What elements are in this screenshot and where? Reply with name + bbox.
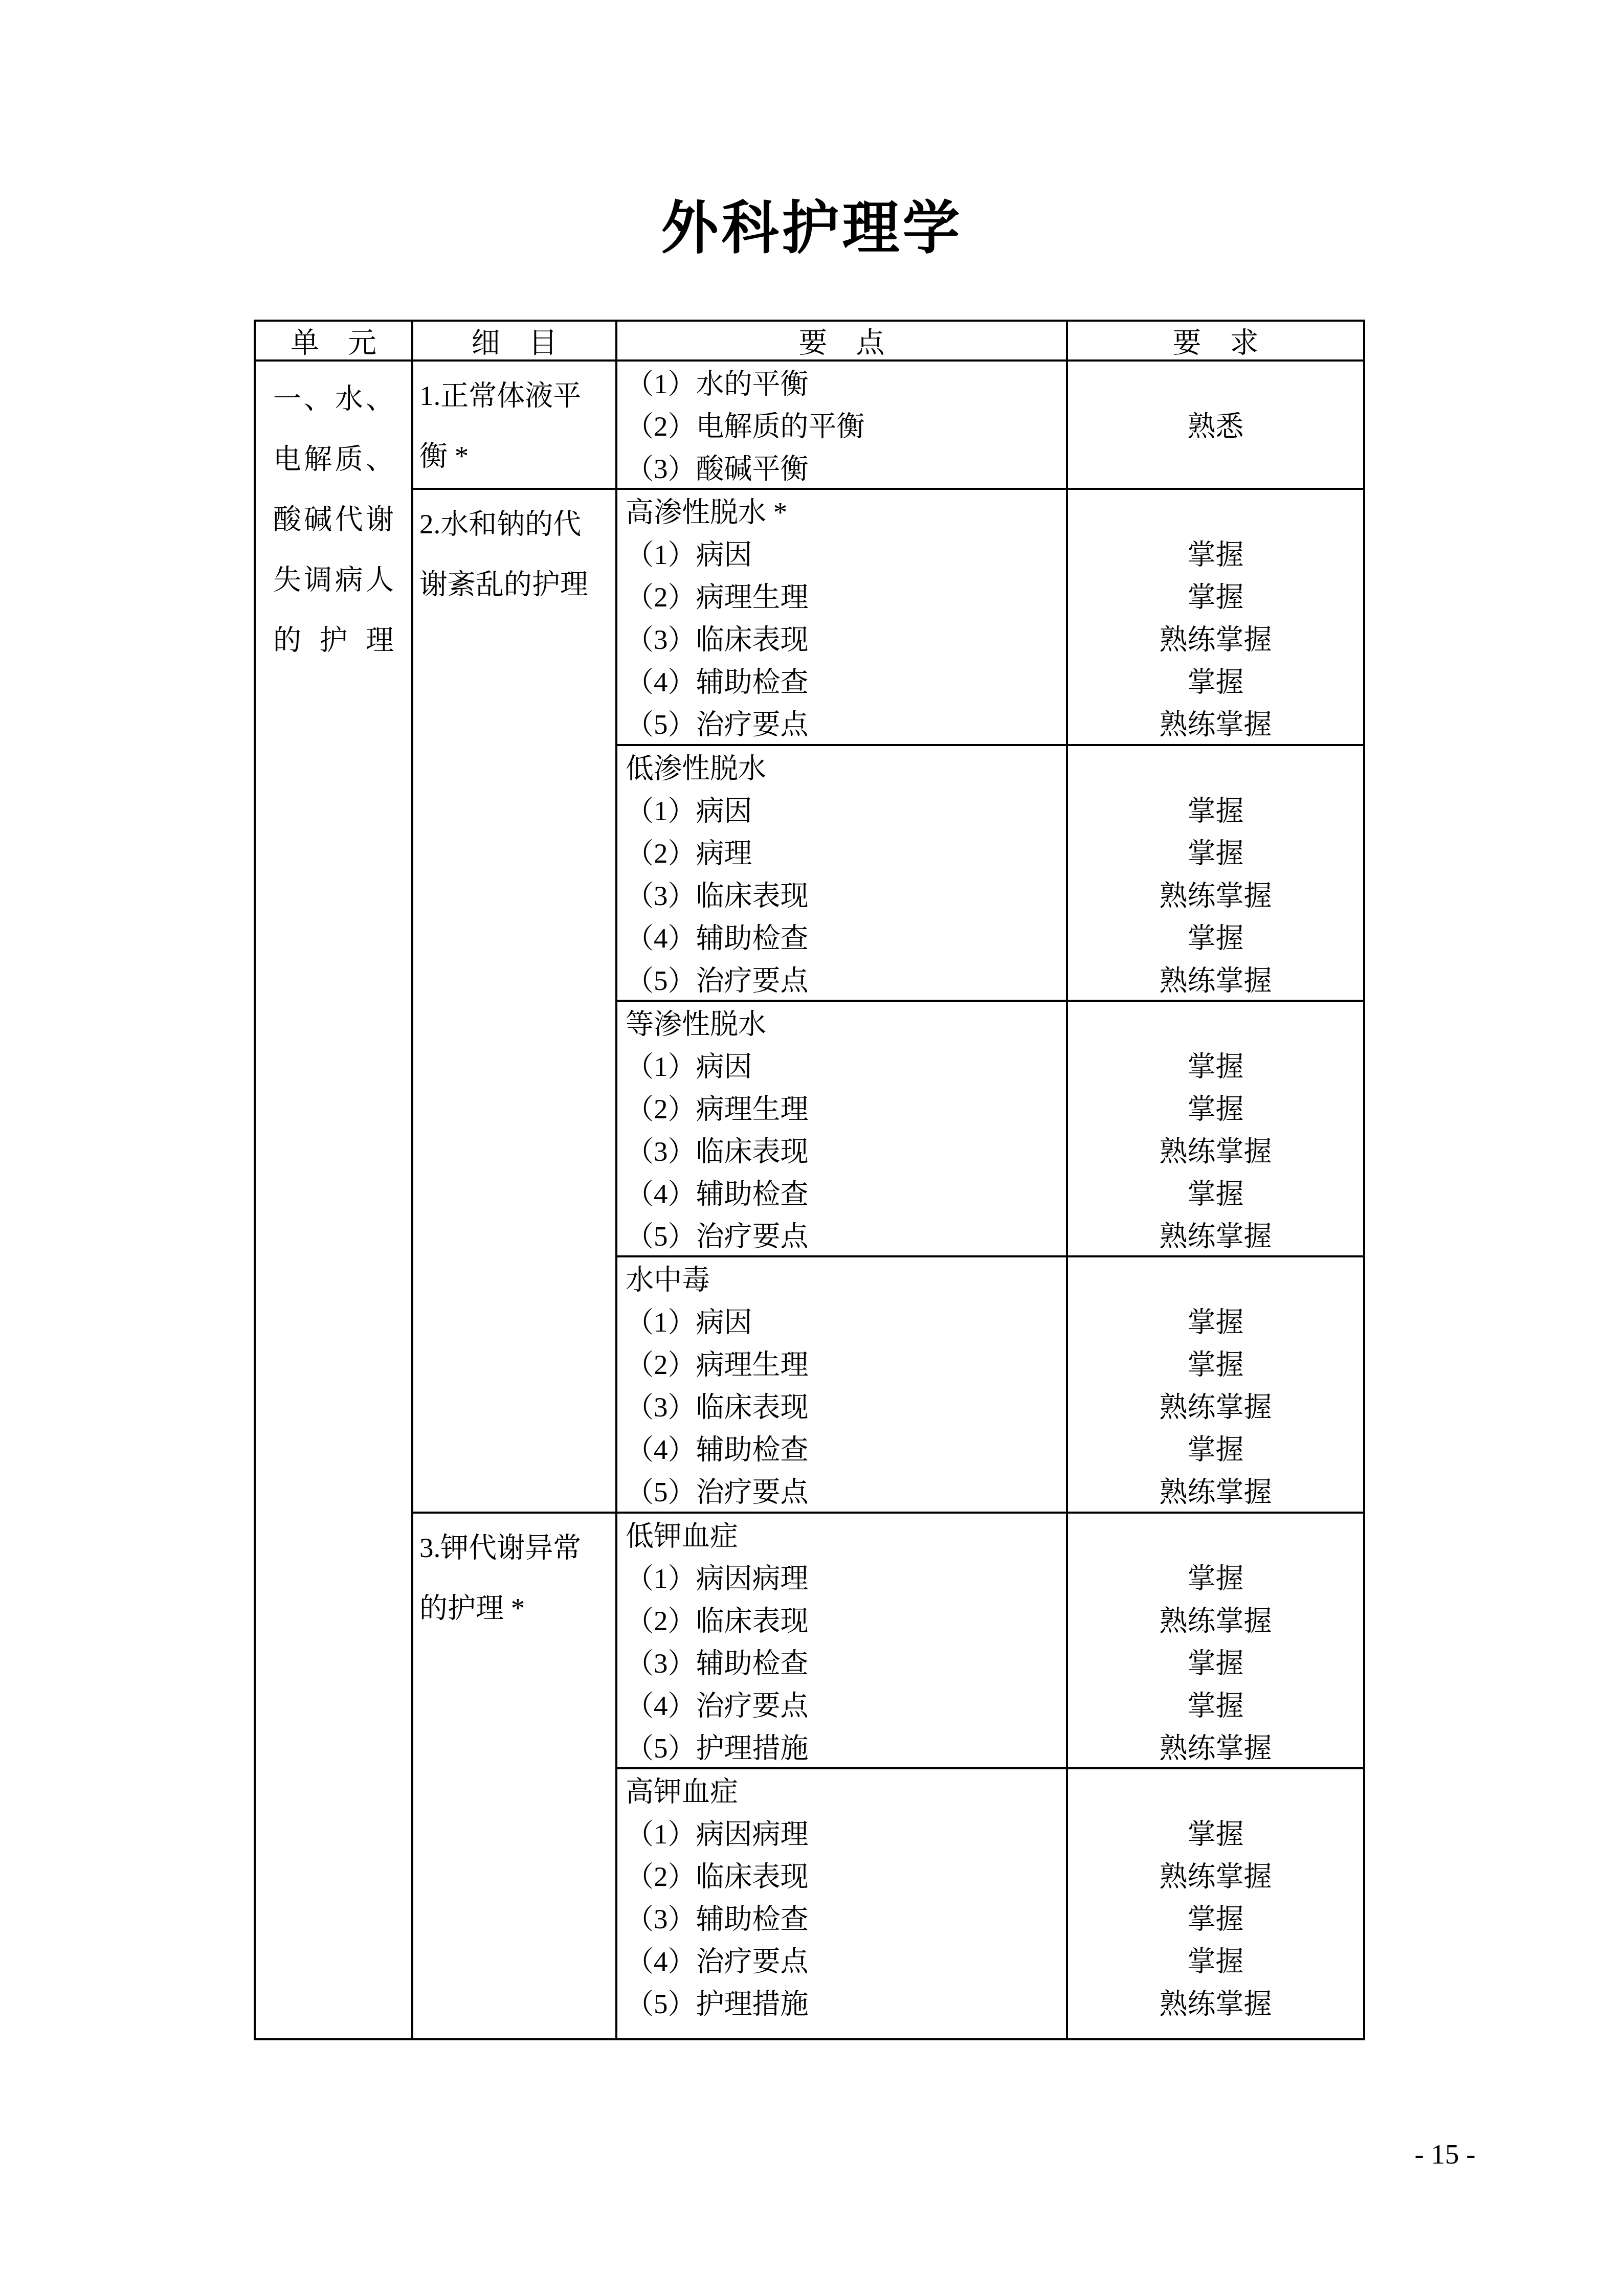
- req-line: 熟练掌握: [1068, 1600, 1363, 1642]
- req-line: 熟练掌握: [1068, 618, 1363, 661]
- req-line: [1068, 363, 1363, 405]
- req-cell-block5: 掌握 掌握 熟练掌握 掌握 熟练掌握: [1068, 1257, 1363, 1514]
- req-cell-block4: 掌握 掌握 熟练掌握 掌握 熟练掌握: [1068, 1002, 1363, 1257]
- unit-line: 失调病人: [273, 550, 394, 610]
- item-line: 3.钾代谢异常: [419, 1518, 611, 1578]
- point-line: （2）电解质的平衡: [626, 405, 1066, 447]
- point-cell-block3: 低渗性脱水 （1）病因 （2）病理 （3）临床表现 （4）辅助检查 （5）治疗要…: [617, 746, 1068, 1002]
- point-line: （2）病理生理: [626, 1088, 1066, 1130]
- item-cell-3: 3.钾代谢异常 的护理 *: [413, 1514, 617, 2038]
- point-line: （3）临床表现: [626, 1130, 1066, 1173]
- unit-cell: 一、水、 电解质、 酸碱代谢 失调病人 的护理: [256, 362, 413, 2038]
- point-line: （5）治疗要点: [626, 1215, 1066, 1257]
- item-line: 的护理 *: [419, 1578, 611, 1638]
- point-line: （2）病理生理: [626, 576, 1066, 618]
- req-line: [1068, 1258, 1363, 1301]
- point-cell-block4: 等渗性脱水 （1）病因 （2）病理生理 （3）临床表现 （4）辅助检查 （5）治…: [617, 1002, 1068, 1257]
- req-line: 熟练掌握: [1068, 1983, 1363, 2025]
- point-line: （5）治疗要点: [626, 959, 1066, 1002]
- point-line: （3）辅助检查: [626, 1898, 1066, 1940]
- unit-line: 的护理: [273, 610, 394, 670]
- point-cell-block7: 高钾血症 （1）病因病理 （2）临床表现 （3）辅助检查 （4）治疗要点 （5）…: [617, 1769, 1068, 2038]
- req-cell-block6: 掌握 熟练掌握 掌握 掌握 熟练掌握: [1068, 1514, 1363, 1769]
- req-line: 掌握: [1068, 1813, 1363, 1855]
- req-line: 熟悉: [1068, 405, 1363, 447]
- req-cell-block2: 掌握 掌握 熟练掌握 掌握 熟练掌握: [1068, 490, 1363, 746]
- req-line: 掌握: [1068, 1343, 1363, 1386]
- req-line: 熟练掌握: [1068, 703, 1363, 746]
- page-number: - 15 -: [1381, 2136, 1509, 2172]
- req-line: [1068, 747, 1363, 790]
- req-line: [1068, 1515, 1363, 1557]
- req-line: 掌握: [1068, 1045, 1363, 1088]
- point-line: （1）病因: [626, 790, 1066, 832]
- point-line: （3）辅助检查: [626, 1642, 1066, 1684]
- point-line: 低渗性脱水: [626, 747, 1066, 790]
- item-line: 衡 *: [419, 426, 611, 486]
- req-cell-block1: 熟悉: [1068, 362, 1363, 490]
- point-line: （4）辅助检查: [626, 1173, 1066, 1215]
- req-line: 熟练掌握: [1068, 874, 1363, 917]
- point-line: （4）辅助检查: [626, 661, 1066, 703]
- req-cell-block3: 掌握 掌握 熟练掌握 掌握 熟练掌握: [1068, 746, 1363, 1002]
- req-line: 熟练掌握: [1068, 1471, 1363, 1513]
- point-line: （5）护理措施: [626, 1727, 1066, 1769]
- point-line: （4）治疗要点: [626, 1940, 1066, 1983]
- unit-line: 电解质、: [273, 429, 394, 489]
- point-line: （1）水的平衡: [626, 363, 1066, 405]
- req-line: 熟练掌握: [1068, 1130, 1363, 1173]
- document-page: 外科护理学 单 元 细 目 要 点 要 求 一、水、 电解质、 酸碱代谢 失调病…: [0, 0, 1624, 2296]
- header-cell-item: 细 目: [413, 322, 617, 362]
- point-line: 水中毒: [626, 1258, 1066, 1301]
- point-line: （4）辅助检查: [626, 1428, 1066, 1471]
- point-line: （1）病因: [626, 533, 1066, 576]
- point-line: （4）治疗要点: [626, 1684, 1066, 1727]
- req-line: 掌握: [1068, 1173, 1363, 1215]
- point-line: 高钾血症: [626, 1770, 1066, 1813]
- point-line: 低钾血症: [626, 1515, 1066, 1557]
- req-line: 掌握: [1068, 1088, 1363, 1130]
- req-line: 熟练掌握: [1068, 1727, 1363, 1769]
- point-line: （2）临床表现: [626, 1855, 1066, 1898]
- req-line: 熟练掌握: [1068, 1215, 1363, 1257]
- req-line: [1068, 491, 1363, 533]
- point-line: （1）病因: [626, 1301, 1066, 1343]
- point-line: （4）辅助检查: [626, 917, 1066, 959]
- req-line: 熟练掌握: [1068, 1386, 1363, 1428]
- unit-line: 一、水、: [273, 369, 394, 429]
- req-line: [1068, 1003, 1363, 1045]
- point-line: （5）治疗要点: [626, 703, 1066, 746]
- header-cell-unit: 单 元: [256, 322, 413, 362]
- item-line: 2.水和钠的代: [419, 494, 611, 554]
- point-line: （1）病因病理: [626, 1557, 1066, 1600]
- point-line: （3）临床表现: [626, 1386, 1066, 1428]
- item-cell-2: 2.水和钠的代 谢紊乱的护理: [413, 490, 617, 1514]
- point-line: （1）病因: [626, 1045, 1066, 1088]
- point-line: （3）临床表现: [626, 874, 1066, 917]
- point-line: 高渗性脱水 *: [626, 491, 1066, 533]
- point-line: （2）病理生理: [626, 1343, 1066, 1386]
- req-line: 掌握: [1068, 1428, 1363, 1471]
- point-line: （3）临床表现: [626, 618, 1066, 661]
- point-line: （5）治疗要点: [626, 1471, 1066, 1513]
- page-title: 外科护理学: [0, 190, 1624, 267]
- header-cell-point: 要 点: [617, 322, 1068, 362]
- req-line: 掌握: [1068, 1940, 1363, 1983]
- req-line: [1068, 447, 1363, 490]
- req-cell-block7: 掌握 熟练掌握 掌握 掌握 熟练掌握: [1068, 1769, 1363, 2038]
- req-line: 掌握: [1068, 1642, 1363, 1684]
- point-line: （2）临床表现: [626, 1600, 1066, 1642]
- item-cell-1: 1.正常体液平 衡 *: [413, 362, 617, 490]
- item-line: 1.正常体液平: [419, 366, 611, 426]
- req-line: 掌握: [1068, 661, 1363, 703]
- req-line: 掌握: [1068, 917, 1363, 959]
- req-line: 掌握: [1068, 1684, 1363, 1727]
- req-line: 掌握: [1068, 1898, 1363, 1940]
- point-line: （1）病因病理: [626, 1813, 1066, 1855]
- req-line: 掌握: [1068, 576, 1363, 618]
- req-line: 掌握: [1068, 1557, 1363, 1600]
- req-line: [1068, 1770, 1363, 1813]
- item-line: 谢紊乱的护理: [419, 554, 611, 615]
- point-cell-block5: 水中毒 （1）病因 （2）病理生理 （3）临床表现 （4）辅助检查 （5）治疗要…: [617, 1257, 1068, 1514]
- header-cell-requirement: 要 求: [1068, 322, 1363, 362]
- req-line: 掌握: [1068, 790, 1363, 832]
- point-line: 等渗性脱水: [626, 1003, 1066, 1045]
- req-line: 掌握: [1068, 832, 1363, 874]
- point-line: （5）护理措施: [626, 1983, 1066, 2025]
- req-line: 熟练掌握: [1068, 959, 1363, 1002]
- point-line: （3）酸碱平衡: [626, 447, 1066, 490]
- point-cell-block6: 低钾血症 （1）病因病理 （2）临床表现 （3）辅助检查 （4）治疗要点 （5）…: [617, 1514, 1068, 1769]
- req-line: 掌握: [1068, 533, 1363, 576]
- req-line: 熟练掌握: [1068, 1855, 1363, 1898]
- point-cell-block1: （1）水的平衡 （2）电解质的平衡 （3）酸碱平衡: [617, 362, 1068, 490]
- req-line: 掌握: [1068, 1301, 1363, 1343]
- point-line: （2）病理: [626, 832, 1066, 874]
- point-cell-block2: 高渗性脱水 * （1）病因 （2）病理生理 （3）临床表现 （4）辅助检查 （5…: [617, 490, 1068, 746]
- unit-line: 酸碱代谢: [273, 489, 394, 550]
- syllabus-table: 单 元 细 目 要 点 要 求 一、水、 电解质、 酸碱代谢 失调病人 的护理 …: [254, 320, 1365, 2040]
